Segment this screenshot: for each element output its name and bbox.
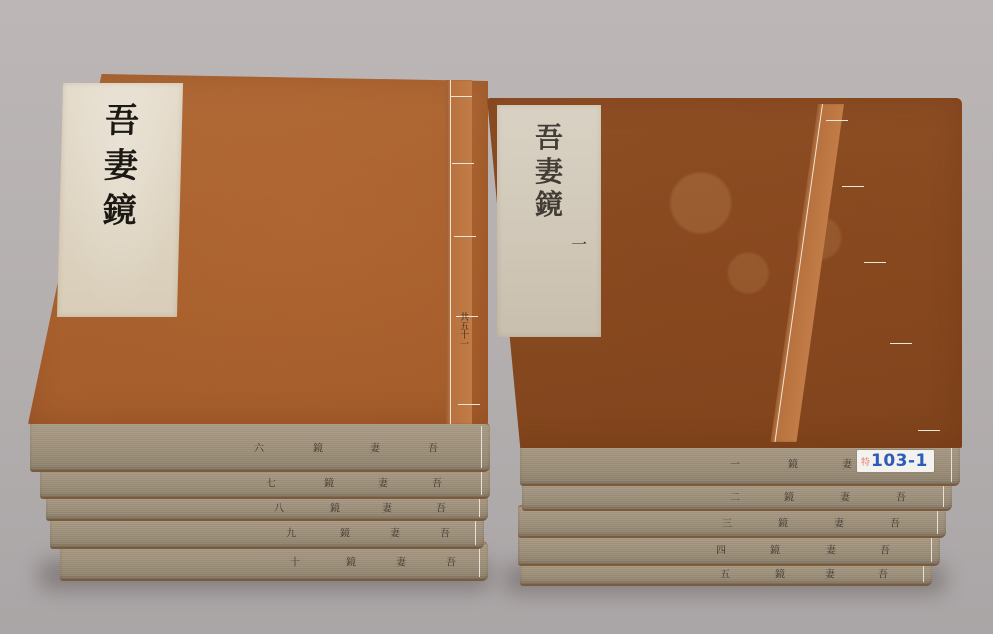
spine-handwritten-note: 共五十一 (458, 312, 468, 348)
edge-title-char: 鏡 (788, 456, 798, 471)
binding-stitch (918, 430, 940, 431)
binding-stitch (450, 96, 472, 97)
edge-title-char: 妻 (390, 525, 400, 540)
title-char: 妻 (103, 146, 138, 187)
binding-thread (450, 80, 451, 424)
edge-volume-number: 三 (722, 514, 732, 529)
edge-volume-number: 六 (254, 440, 264, 455)
photo-scene: 十 鏡 妻 吾 九 鏡 妻 吾 八 鏡 妻 吾 七 鏡 妻 吾 六 (0, 0, 993, 634)
binding-stitch (458, 404, 480, 405)
binding-stitch (826, 120, 848, 121)
title-char: 吾 (535, 121, 563, 155)
edge-title-char: 鏡 (784, 488, 794, 503)
edge-title-char: 吾 (428, 440, 438, 455)
binding-stitch (452, 163, 474, 164)
edge-title-char: 妻 (826, 542, 836, 557)
edge-title-char: 吾 (446, 554, 456, 569)
inventory-tag: 特 103-1 (857, 450, 934, 472)
edge-title-char: 吾 (432, 475, 442, 490)
edge-title-char: 妻 (842, 456, 852, 471)
edge-volume-number: 四 (716, 542, 726, 557)
edge-title-char: 妻 (825, 566, 835, 581)
binding-thread (943, 484, 944, 507)
edge-title-char: 吾 (880, 542, 890, 557)
edge-title-char: 妻 (382, 500, 392, 515)
binding-stitch (864, 262, 886, 263)
binding-thread (475, 519, 476, 545)
binding-stitch (890, 343, 912, 344)
edge-volume-number: 一 (730, 456, 740, 471)
edge-title-char: 鏡 (770, 542, 780, 557)
title-char: 鏡 (535, 188, 563, 222)
left-edge-vol-6: 六 鏡 妻 吾 (30, 422, 490, 472)
left-title-label: 吾 妻 鏡 (57, 83, 183, 317)
binding-thread (481, 469, 482, 495)
edge-volume-number: 五 (720, 566, 730, 581)
binding-thread (931, 536, 932, 562)
edge-title-char: 鏡 (330, 500, 340, 515)
edge-title-char: 妻 (834, 514, 844, 529)
edge-volume-number: 七 (266, 475, 276, 490)
binding-stitch (842, 186, 864, 187)
tag-number: 103-1 (871, 451, 928, 471)
edge-title-char: 妻 (378, 475, 388, 490)
edge-title-char: 鏡 (340, 525, 350, 540)
title-char: 鏡 (102, 191, 137, 232)
edge-volume-number: 八 (274, 500, 284, 515)
binding-thread (923, 564, 924, 582)
volume-mark: 一 (571, 232, 587, 255)
edge-title-char: 吾 (436, 500, 446, 515)
edge-title-char: 吾 (896, 488, 906, 503)
title-char: 吾 (105, 101, 140, 142)
edge-title-char: 鏡 (346, 554, 356, 569)
tag-prefix: 特 (861, 455, 870, 468)
edge-title-char: 妻 (396, 554, 406, 569)
binding-thread (951, 444, 952, 482)
edge-title-char: 鏡 (324, 475, 334, 490)
edge-title-char: 吾 (878, 566, 888, 581)
title-char: 妻 (535, 155, 563, 189)
edge-title-char: 吾 (890, 514, 900, 529)
edge-volume-number: 十 (290, 554, 300, 569)
right-title-label: 吾 妻 鏡 一 (497, 105, 601, 337)
edge-title-char: 鏡 (313, 440, 323, 455)
edge-volume-number: 九 (286, 525, 296, 540)
edge-title-char: 鏡 (775, 566, 785, 581)
binding-thread (479, 497, 480, 517)
edge-title-char: 妻 (840, 488, 850, 503)
edge-title-char: 吾 (440, 525, 450, 540)
binding-thread (937, 509, 938, 534)
edge-title-char: 妻 (370, 440, 380, 455)
edge-title-char: 鏡 (778, 514, 788, 529)
binding-thread (479, 545, 480, 577)
binding-stitch (454, 236, 476, 237)
binding-thread (481, 426, 482, 468)
edge-volume-number: 二 (730, 488, 740, 503)
